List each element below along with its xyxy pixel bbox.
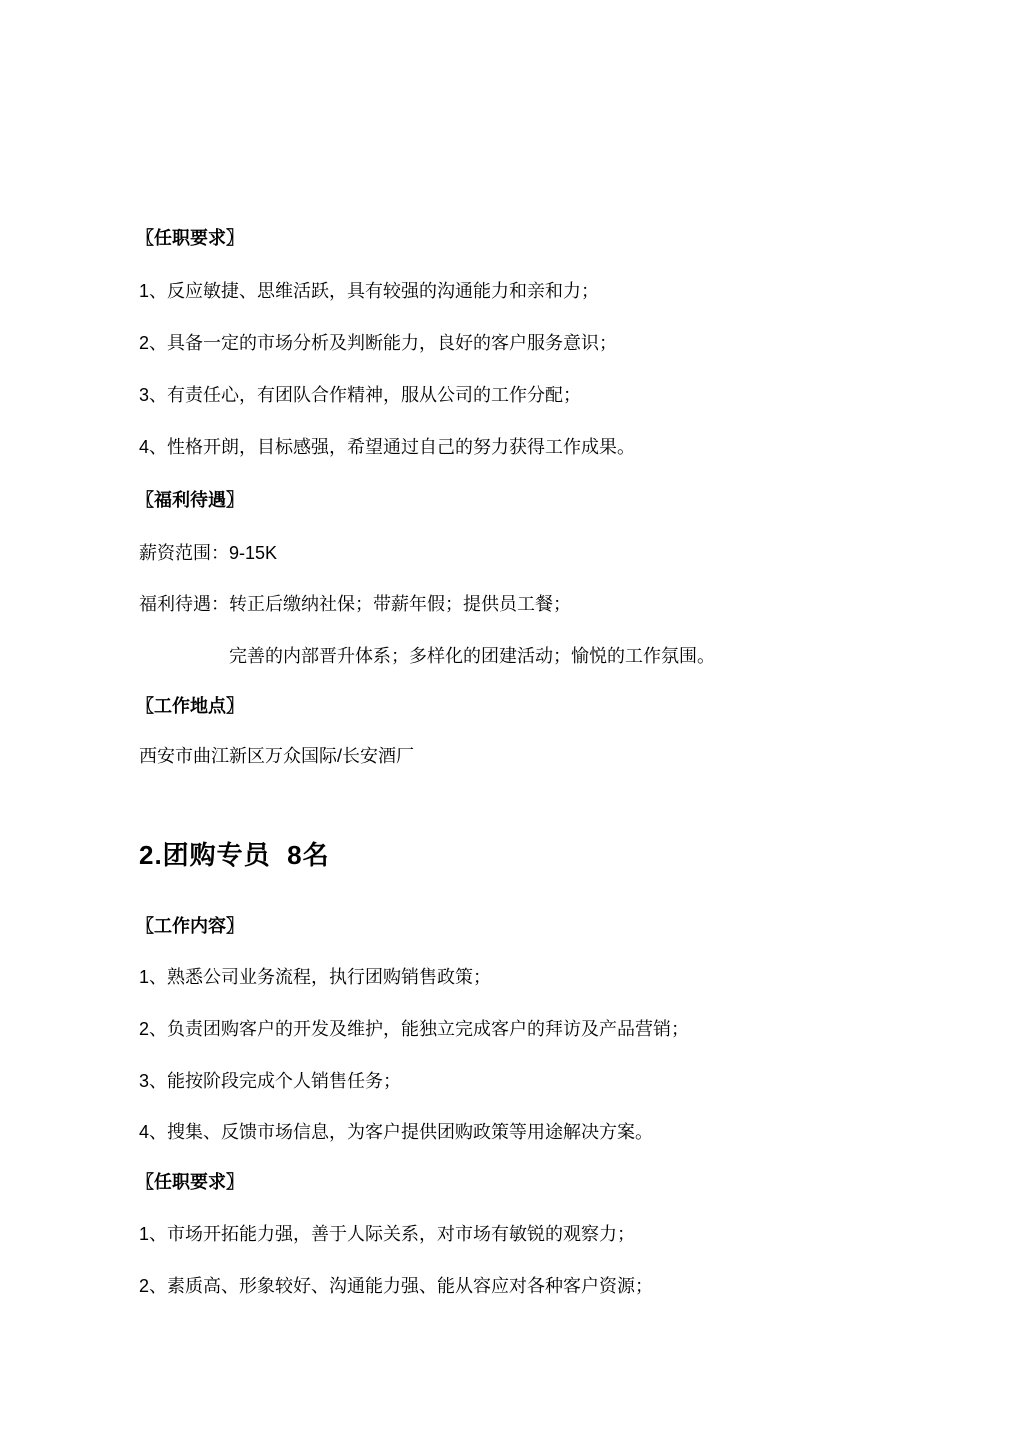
job1-requirement-item: 3、有责任心，有团队合作精神，服从公司的工作分配； bbox=[139, 385, 581, 406]
job2-duty-item: 4、搜集、反馈市场信息，为客户提供团购政策等用途解决方案。 bbox=[139, 1122, 653, 1143]
job2-duty-item: 3、能按阶段完成个人销售任务； bbox=[139, 1071, 401, 1092]
job1-requirements-heading: 〖任职要求〗 bbox=[136, 228, 244, 249]
job1-welfare-line: 福利待遇：转正后缴纳社保；带薪年假；提供员工餐； bbox=[139, 594, 571, 615]
job2-title: 2.团购专员 8名 bbox=[139, 841, 330, 871]
job2-requirement-item: 1、市场开拓能力强，善于人际关系，对市场有敏锐的观察力； bbox=[139, 1224, 635, 1245]
job1-benefits-heading: 〖福利待遇〗 bbox=[136, 490, 244, 511]
job1-requirement-item: 4、性格开朗，目标感强，希望通过自己的努力获得工作成果。 bbox=[139, 437, 635, 458]
job1-location-heading: 〖工作地点〗 bbox=[136, 696, 244, 717]
job1-requirement-item: 2、具备一定的市场分析及判断能力，良好的客户服务意识； bbox=[139, 333, 617, 354]
job2-requirement-item: 2、素质高、形象较好、沟通能力强、能从容应对各种客户资源； bbox=[139, 1276, 653, 1297]
job2-requirements-heading: 〖任职要求〗 bbox=[136, 1172, 244, 1193]
job1-salary-range: 薪资范围：9-15K bbox=[139, 543, 277, 564]
job2-duties-heading: 〖工作内容〗 bbox=[136, 916, 244, 937]
job2-duty-item: 2、负责团购客户的开发及维护，能独立完成客户的拜访及产品营销； bbox=[139, 1019, 689, 1040]
job1-location-address: 西安市曲江新区万众国际/长安酒厂 bbox=[139, 746, 414, 767]
job1-requirement-item: 1、反应敏捷、思维活跃，具有较强的沟通能力和亲和力； bbox=[139, 281, 599, 302]
document-page: 〖任职要求〗 1、反应敏捷、思维活跃，具有较强的沟通能力和亲和力； 2、具备一定… bbox=[0, 0, 1024, 1448]
job2-duty-item: 1、熟悉公司业务流程，执行团购销售政策； bbox=[139, 967, 491, 988]
job1-welfare-line-continued: 完善的内部晋升体系；多样化的团建活动；愉悦的工作氛围。 bbox=[229, 646, 715, 667]
